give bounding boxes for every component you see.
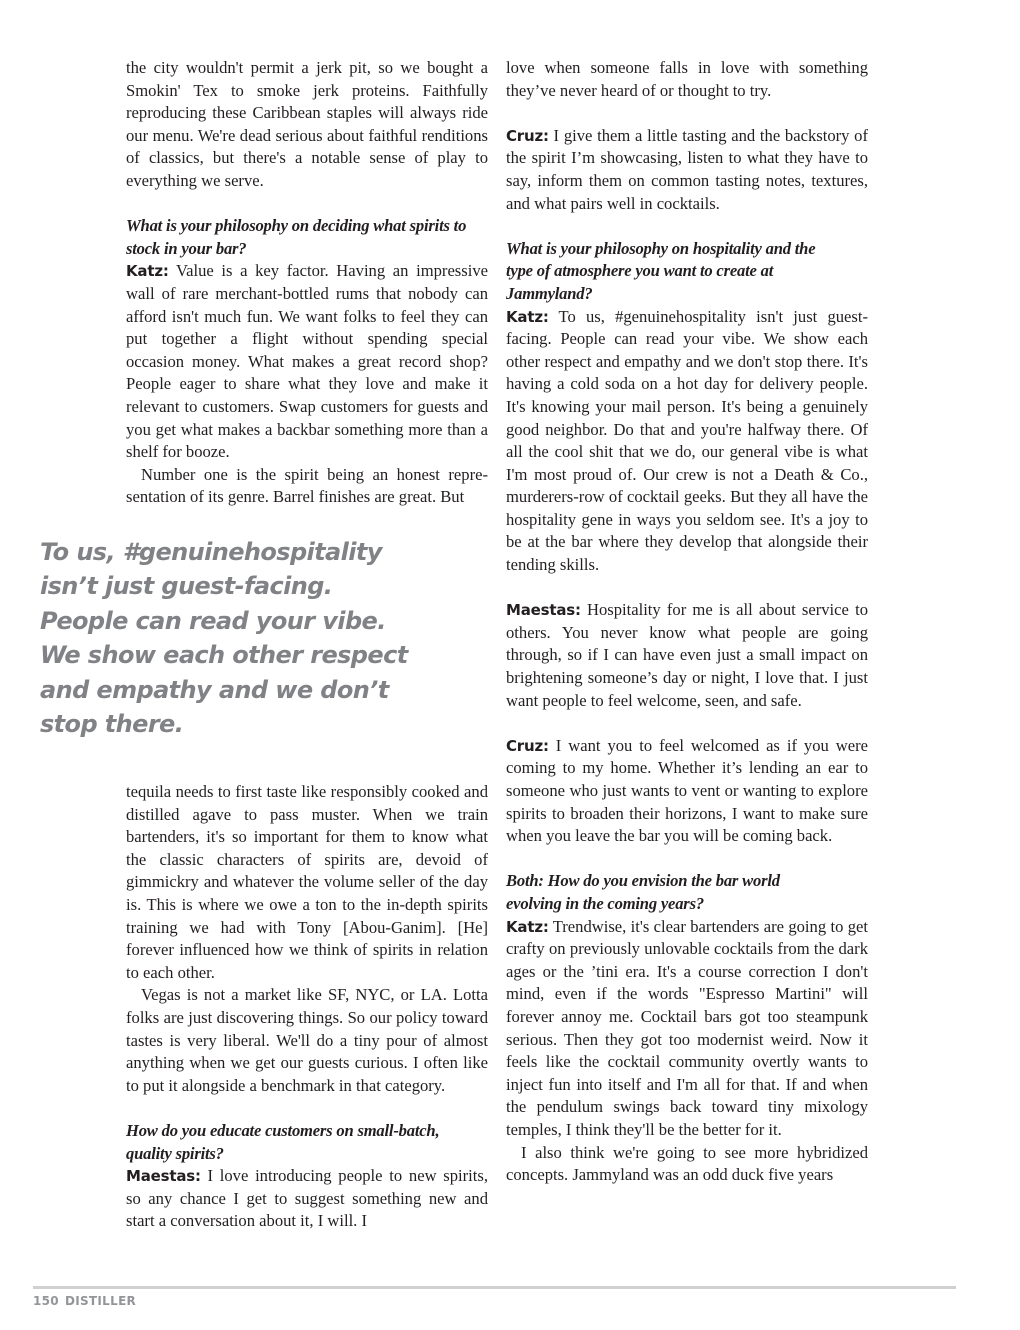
body-paragraph: the city wouldn't permit a jerk pit, so …	[126, 57, 488, 193]
pull-quote-line: We show each other respect	[40, 638, 460, 672]
body-paragraph: Vegas is not a market like SF, NYC, or L…	[126, 984, 488, 1097]
speaker-label: Cruz:	[506, 737, 549, 755]
interview-question: How do you educate customers on small-ba…	[126, 1120, 488, 1165]
paragraph-gap	[506, 848, 868, 871]
interview-question: Both: How do you envision the bar world …	[506, 870, 816, 915]
right-column: love when someone falls in love with som…	[506, 57, 868, 1187]
page-folio: 150DISTILLER	[33, 1294, 136, 1308]
publication-name: DISTILLER	[65, 1294, 136, 1308]
speaker-label: Katz:	[126, 262, 169, 280]
body-paragraph: I also think we're going to see more hyb…	[506, 1142, 868, 1187]
interview-question: What is your philosophy on deciding what…	[126, 215, 488, 260]
answer-text: Trendwise, it's clear bartenders are goi…	[506, 917, 868, 1139]
pull-quote: To us, #genuinehospitality isn’t just gu…	[40, 535, 460, 741]
answer-text: To us, #genuinehospitality isn't just gu…	[506, 307, 868, 575]
paragraph-gap	[506, 102, 868, 125]
answer-paragraph: Maestas: Hospitality for me is all about…	[506, 599, 868, 712]
pull-quote-line: isn’t just guest-facing.	[40, 569, 460, 603]
page-number: 150	[33, 1294, 59, 1308]
body-paragraph: Number one is the spirit being an honest…	[126, 464, 488, 509]
answer-paragraph: Katz: Trendwise, it's clear bartenders a…	[506, 916, 868, 1142]
answer-paragraph: Katz: Value is a key factor. Having an i…	[126, 260, 488, 463]
speaker-label: Katz:	[506, 918, 549, 936]
answer-paragraph: Cruz: I want you to feel welcomed as if …	[506, 735, 868, 848]
speaker-label: Maestas:	[506, 601, 581, 619]
paragraph-gap	[126, 193, 488, 216]
pull-quote-line: To us, #genuinehospitality	[40, 535, 460, 569]
paragraph-gap	[506, 215, 868, 238]
answer-paragraph: Katz: To us, #genuinehospitality isn't j…	[506, 306, 868, 577]
answer-text: Value is a key factor. Having an impress…	[126, 261, 488, 461]
answer-text: I want you to feel welcomed as if you we…	[506, 736, 868, 845]
body-paragraph: tequila needs to first taste like respon…	[126, 781, 488, 984]
paragraph-gap	[126, 1097, 488, 1120]
interview-question: What is your philosophy on hospitality a…	[506, 238, 816, 306]
answer-text: I give them a little tasting and the bac…	[506, 126, 868, 213]
pull-quote-line: stop there.	[40, 707, 460, 741]
answer-paragraph: Cruz: I give them a little tasting and t…	[506, 125, 868, 215]
footer-rule	[33, 1286, 956, 1289]
speaker-label: Cruz:	[506, 127, 549, 145]
paragraph-gap	[506, 577, 868, 600]
body-paragraph: love when someone falls in love with som…	[506, 57, 868, 102]
pull-quote-line: and empathy and we don’t	[40, 673, 460, 707]
paragraph-gap	[506, 712, 868, 735]
speaker-label: Katz:	[506, 308, 549, 326]
pull-quote-line: People can read your vibe.	[40, 604, 460, 638]
speaker-label: Maestas:	[126, 1167, 201, 1185]
left-column-top: the city wouldn't permit a jerk pit, so …	[126, 57, 488, 509]
answer-paragraph: Maestas: I love introducing people to ne…	[126, 1165, 488, 1233]
left-column-bottom: tequila needs to first taste like respon…	[126, 781, 488, 1233]
